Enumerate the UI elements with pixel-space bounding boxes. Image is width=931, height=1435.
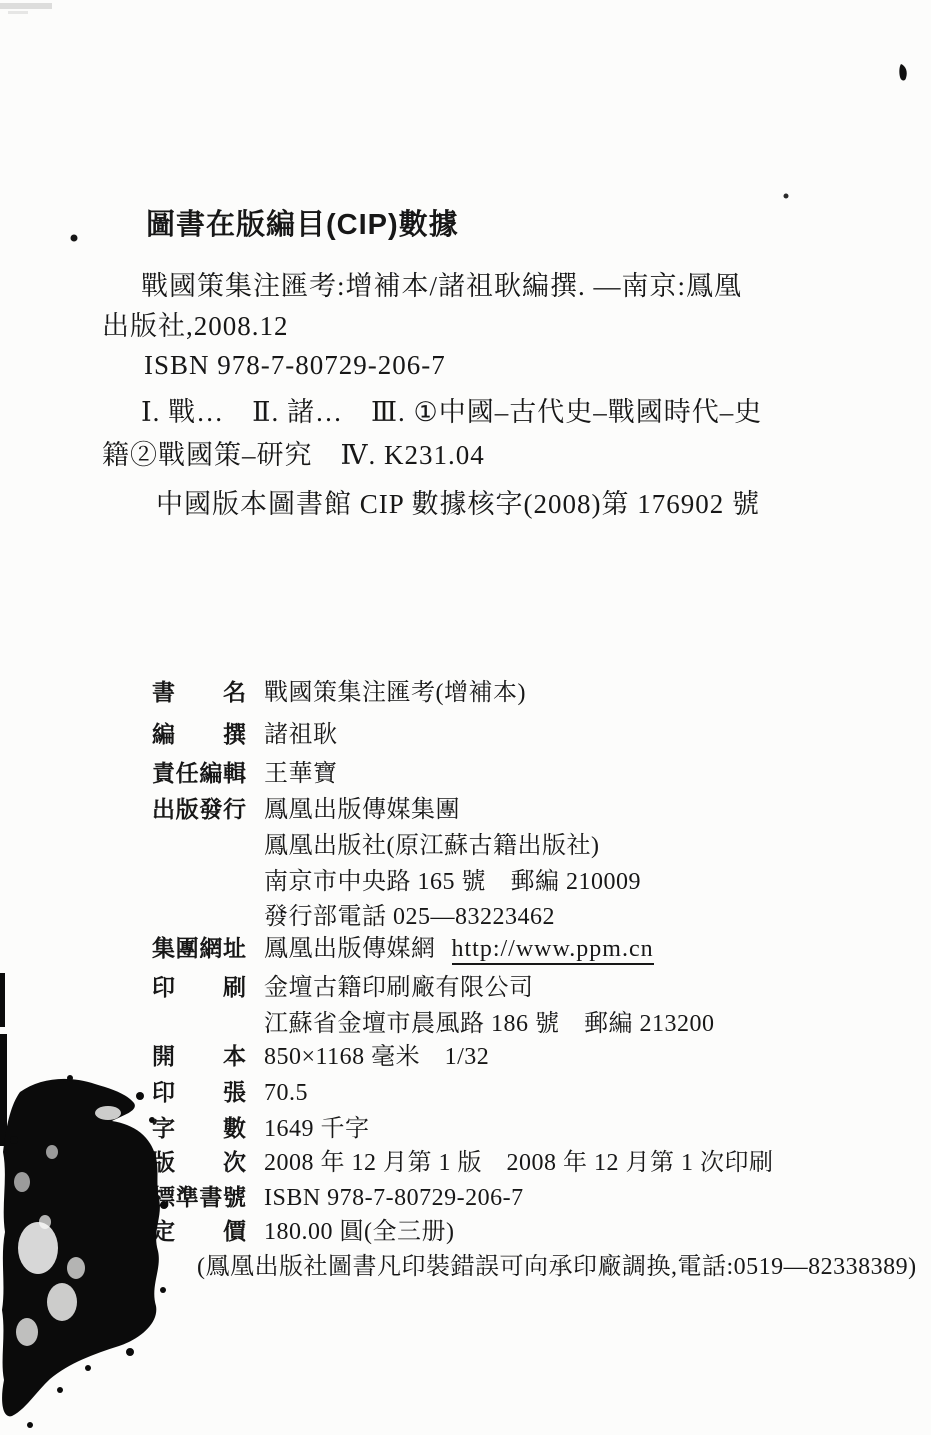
colophon-row-compiler: 編撰諸祖耿 bbox=[152, 722, 338, 748]
cip-heading: 圖書在版編目(CIP)數據 bbox=[146, 209, 459, 242]
colophon-publisher-phone: 發行部電話 025—83223462 bbox=[264, 904, 555, 930]
colophon-row-editor: 責任編輯王華寶 bbox=[152, 761, 338, 787]
colophon-value: ISBN 978-7-80729-206-7 bbox=[264, 1185, 524, 1211]
cip-entry-line-2: 出版社,2008.12 bbox=[102, 311, 289, 342]
colophon-row-title: 書名戰國策集注匯考(增補本) bbox=[152, 680, 526, 706]
colophon-label: 責任編輯 bbox=[152, 761, 246, 786]
colophon-label: 集團網址 bbox=[152, 936, 246, 961]
cip-record-line: 中國版本圖書館 CIP 數據核字(2008)第 176902 號 bbox=[156, 489, 760, 520]
colophon-row-wordcount: 字數1649 千字 bbox=[152, 1116, 370, 1142]
colophon-label: 印張 bbox=[152, 1080, 246, 1105]
publisher-website-url: http://www.ppm.cn bbox=[452, 936, 654, 965]
colophon-label: 書名 bbox=[152, 680, 246, 705]
colophon-row-publisher: 出版發行鳳凰出版傳媒集團 bbox=[152, 797, 460, 823]
ink-stains-layer bbox=[0, 0, 931, 1435]
ink-streak-left-2 bbox=[0, 1034, 7, 1146]
colophon-label: 標準書號 bbox=[152, 1185, 246, 1210]
colophon-label: 印刷 bbox=[152, 975, 246, 1000]
ink-dot-left bbox=[71, 235, 78, 242]
colophon-label: 定價 bbox=[152, 1219, 246, 1244]
colophon-label: 字數 bbox=[152, 1116, 246, 1141]
colophon-value: 鳳凰出版傳媒網 bbox=[264, 936, 436, 962]
colophon-value: 鳳凰出版傳媒集團 bbox=[264, 797, 460, 823]
colophon-publisher-line-2: 鳳凰出版社(原江蘇古籍出版社) bbox=[264, 833, 599, 859]
colophon-row-format: 開本850×1168 毫米 1/32 bbox=[152, 1044, 489, 1070]
colophon-printer-address: 江蘇省金壇市晨風路 186 號 郵編 213200 bbox=[264, 1011, 715, 1037]
colophon-label: 編撰 bbox=[152, 722, 246, 747]
colophon-label: 開本 bbox=[152, 1044, 246, 1069]
cip-classification-line-1: Ⅰ. 戰… Ⅱ. 諸… Ⅲ. ①中國–古代史–戰國時代–史 bbox=[141, 397, 762, 428]
colophon-value: 70.5 bbox=[264, 1080, 308, 1106]
colophon-row-edition: 版次2008 年 12 月第 1 版 2008 年 12 月第 1 次印刷 bbox=[152, 1150, 774, 1176]
ink-smudge-top-left-2 bbox=[8, 11, 28, 14]
colophon-value: 金壇古籍印刷廠有限公司 bbox=[264, 975, 534, 1001]
colophon-label: 版次 bbox=[152, 1150, 246, 1175]
reprint-note: (鳳凰出版社圖書凡印裝錯誤可向承印廠調换,電話:0519—82338389) bbox=[197, 1254, 917, 1280]
cip-classification-line-2: 籍②戰國策–研究 Ⅳ. K231.04 bbox=[102, 440, 485, 471]
ink-comma-mark bbox=[899, 64, 906, 81]
colophon-value: 王華寶 bbox=[264, 761, 338, 787]
colophon-row-price: 定價180.00 圓(全三册) bbox=[152, 1219, 454, 1245]
ink-blob bbox=[2, 1075, 168, 1428]
cip-isbn-line: ISBN 978-7-80729-206-7 bbox=[144, 350, 446, 381]
colophon-value: 戰國策集注匯考(增補本) bbox=[264, 680, 526, 706]
colophon-value: 850×1168 毫米 1/32 bbox=[264, 1044, 489, 1070]
ink-smudge-top-left bbox=[0, 3, 52, 9]
colophon-publisher-address: 南京市中央路 165 號 郵編 210009 bbox=[264, 869, 641, 895]
colophon-value: 諸祖耿 bbox=[264, 722, 338, 748]
colophon-value: 1649 千字 bbox=[264, 1116, 370, 1142]
colophon-row-printer: 印刷金壇古籍印刷廠有限公司 bbox=[152, 975, 534, 1001]
colophon-row-isbn: 標準書號ISBN 978-7-80729-206-7 bbox=[152, 1185, 524, 1211]
colophon-value: 180.00 圓(全三册) bbox=[264, 1219, 454, 1245]
cip-entry-line-1: 戰國策集注匯考:增補本/諸祖耿編撰. —南京:鳳凰 bbox=[141, 271, 742, 302]
colophon-value: 2008 年 12 月第 1 版 2008 年 12 月第 1 次印刷 bbox=[264, 1150, 774, 1176]
ink-streak-left-1 bbox=[0, 973, 5, 1027]
colophon-row-website: 集團網址鳳凰出版傳媒網http://www.ppm.cn bbox=[152, 936, 654, 962]
colophon-label: 出版發行 bbox=[152, 797, 246, 822]
ink-dot-right bbox=[784, 194, 789, 199]
book-copyright-page: 圖書在版編目(CIP)數據 戰國策集注匯考:增補本/諸祖耿編撰. —南京:鳳凰 … bbox=[0, 0, 931, 1435]
colophon-row-sheets: 印張70.5 bbox=[152, 1080, 308, 1106]
